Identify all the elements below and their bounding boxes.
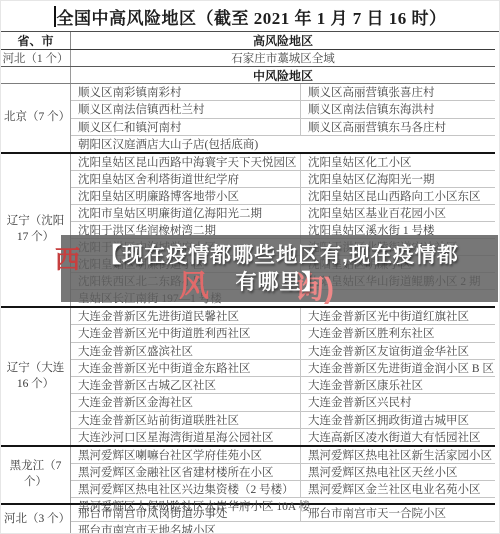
watermark-line1: 【现在疫情都哪些地区有,现在疫情都 xyxy=(100,242,459,269)
table-header-row: 省、市 高风险地区 xyxy=(1,32,495,50)
risk-area-cell: 黑河爱辉区金兰社区电业名苑小区 xyxy=(301,481,495,497)
risk-area-cell: 大连金普新区胜利东社区 xyxy=(301,325,495,341)
risk-area-cell: 沈阳皇姑区昆山西路中海寰宇天下天悦园区 xyxy=(71,154,301,170)
table-row: 大连金普新区古城乙区社区大连金普新区康乐社区 xyxy=(71,377,495,394)
risk-area-cell: 沈阳皇姑区昆山西路向工小区东区 xyxy=(301,188,495,204)
province-label: 黑龙江（7 个） xyxy=(1,447,71,503)
risk-area-cell: 大连金普新区盛滨社区 xyxy=(71,343,301,359)
province-label: 河北（1 个） xyxy=(1,50,71,66)
risk-area-cell: 沈阳市皇姑区明廉街道亿海阳光二期 xyxy=(71,205,301,221)
risk-area-cell: 邢台市南宫市凤岗街道办事处 xyxy=(71,505,301,521)
risk-area-cell: 黑河爱辉区热电社区天丝小区 xyxy=(301,464,495,480)
province-section: 北京（7 个） 顺义区南彩镇南彩村顺义区高丽营镇张喜庄村顺义区南法信镇西杜兰村顺… xyxy=(1,84,495,152)
risk-area-cell: 大连金普新区光中街道金东路社区 xyxy=(71,360,301,376)
risk-area-cell: 顺义区南法信镇西杜兰村 xyxy=(71,101,301,117)
risk-area-cell: 大连金普新区先进街道民馨社区 xyxy=(71,308,301,324)
risk-area-cell: 黑河爱辉区热电社区新生活家园小区 xyxy=(301,447,495,463)
risk-area-cell: 大连金普新区友谊街道金华社区 xyxy=(301,343,495,359)
province-section: 黑龙江（7 个） 黑河爱辉区喇嘛台社区学府佳苑小区黑河爱辉区热电社区新生活家园小… xyxy=(1,445,495,503)
risk-area-cell: 沈阳皇姑区明廉路博客地带小区 xyxy=(71,188,301,204)
risk-area-cell: 大连金普新区站前街道联胜社区 xyxy=(71,412,301,428)
high-risk-header: 高风险地区 xyxy=(71,32,495,49)
risk-area-cell: 大连高新区凌水街道大有恬园社区 xyxy=(301,429,495,445)
sections: 北京（7 个） 顺义区南彩镇南彩村顺义区高丽营镇张喜庄村顺义区南法信镇西杜兰村顺… xyxy=(1,84,495,534)
table-row: 沈阳皇姑区舍利塔街道世纪学府沈阳皇姑区亿海阳光一期 xyxy=(71,171,495,188)
risk-area-cell: 顺义区南法信镇东海洪村 xyxy=(301,101,495,117)
table-row: 大连金普新区金海社区大连金普新区兴民村 xyxy=(71,394,495,411)
risk-area-cell: 朝阳区汉庭酒店大山子店(包括底商) xyxy=(71,136,495,152)
risk-area-cell: 大连金普新区先进街道金润小区 B 区 xyxy=(301,360,495,376)
table-row: 大连金普新区盛滨社区大连金普新区友谊街道金华社区 xyxy=(71,343,495,360)
section-rows: 黑河爱辉区喇嘛台社区学府佳苑小区黑河爱辉区热电社区新生活家园小区黑河爱辉区金融社… xyxy=(71,447,495,503)
text-cursor-bar xyxy=(54,6,56,27)
table-row: 大连沙河口区星海湾街道星海公园社区大连高新区凌水街道大有恬园社区 xyxy=(71,429,495,445)
section-rows: 顺义区南彩镇南彩村顺义区高丽营镇张喜庄村顺义区南法信镇西杜兰村顺义区南法信镇东海… xyxy=(71,84,495,152)
watermark-text: 【现在疫情都哪些地区有,现在疫情都 有哪里】 xyxy=(61,235,498,302)
province-section: 河北（3 个） 邢台市南宫市凤岗街道办事处邢台市南宫市天一合院小区邢台市南宫市天… xyxy=(1,503,495,534)
table-row: 大连金普新区光中街道胜利西社区大连金普新区胜利东社区 xyxy=(71,325,495,342)
table-row: 邢台市南宫市天地名城小区 xyxy=(71,522,495,534)
table-row: 顺义区南彩镇南彩村顺义区高丽营镇张喜庄村 xyxy=(71,84,495,101)
risk-area-cell: 沈阳皇姑区舍利塔街道世纪学府 xyxy=(71,171,301,187)
section-rows: 邢台市南宫市凤岗街道办事处邢台市南宫市天一合院小区邢台市南宫市天地名城小区 xyxy=(71,505,495,534)
table-row: 沈阳市皇姑区明廉街道亿海阳光二期沈阳皇姑区基业百花园小区 xyxy=(71,205,495,222)
table-row: 黑河爱辉区喇嘛台社区学府佳苑小区黑河爱辉区热电社区新生活家园小区 xyxy=(71,447,495,464)
table-row: 顺义区仁和镇河南村顺义区高丽营镇东马各庄村 xyxy=(71,119,495,136)
risk-area-page: 全国中高风险地区（截至 2021 年 1 月 7 日 16 时） 省、市 高风险… xyxy=(0,0,500,534)
risk-area-cell: 黑河爱辉区金融社区省建材楼所在小区 xyxy=(71,464,301,480)
table-row: 大连金普新区站前街道联胜社区大连金普新区拥政街道古城甲区 xyxy=(71,412,495,429)
risk-area-cell: 顺义区南彩镇南彩村 xyxy=(71,84,301,100)
risk-area-cell: 大连金普新区兴民村 xyxy=(301,394,495,410)
province-section: 辽宁（大连 16 个） 大连金普新区先进街道民馨社区大连金普新区光中街道红旗社区… xyxy=(1,306,495,445)
table-row: 黑河爱辉区热电社区兴边集资楼（2 号楼）黑河爱辉区金兰社区电业名苑小区 xyxy=(71,481,495,498)
risk-area-cell: 石家庄市藁城区全域 xyxy=(71,50,495,66)
province-column-header: 省、市 xyxy=(1,32,71,49)
risk-area-cell: 黑河爱辉区热电社区兴边集资楼（2 号楼） xyxy=(71,481,301,497)
high-risk-row: 河北（1 个） 石家庄市藁城区全域 xyxy=(1,50,495,67)
risk-area-cell: 顺义区高丽营镇东马各庄村 xyxy=(301,119,495,135)
watermark-overlay: 西 风 询) 【现在疫情都哪些地区有,现在疫情都 有哪里】 xyxy=(61,235,498,302)
table-row: 大连金普新区光中街道金东路社区大连金普新区先进街道金润小区 B 区 xyxy=(71,360,495,377)
table-row: 邢台市南宫市凤岗街道办事处邢台市南宫市天一合院小区 xyxy=(71,505,495,522)
page-title: 全国中高风险地区（截至 2021 年 1 月 7 日 16 时） xyxy=(57,4,447,29)
province-label: 辽宁（大连 16 个） xyxy=(1,308,71,445)
province-label: 北京（7 个） xyxy=(1,84,71,152)
risk-area-cell: 大连金普新区拥政街道古城甲区 xyxy=(301,412,495,428)
table-row: 沈阳皇姑区明廉路博客地带小区沈阳皇姑区昆山西路向工小区东区 xyxy=(71,188,495,205)
risk-area-cell: 黑河爱辉区喇嘛台社区学府佳苑小区 xyxy=(71,447,301,463)
risk-area-cell: 大连金普新区康乐社区 xyxy=(301,377,495,393)
risk-area-cell: 大连沙河口区星海湾街道星海公园社区 xyxy=(71,429,301,445)
table-row: 大连金普新区先进街道民馨社区大连金普新区光中街道红旗社区 xyxy=(71,308,495,325)
risk-area-cell: 大连金普新区光中街道红旗社区 xyxy=(301,308,495,324)
risk-area-cell: 沈阳皇姑区基业百花园小区 xyxy=(301,205,495,221)
watermark-line2: 有哪里】 xyxy=(236,269,324,296)
risk-area-cell: 邢台市南宫市天一合院小区 xyxy=(301,505,495,521)
section-rows: 大连金普新区先进街道民馨社区大连金普新区光中街道红旗社区大连金普新区光中街道胜利… xyxy=(71,308,495,445)
table-row: 朝阳区汉庭酒店大山子店(包括底商) xyxy=(71,136,495,152)
risk-area-cell: 顺义区仁和镇河南村 xyxy=(71,119,301,135)
mid-risk-header-row: 中风险地区 xyxy=(1,67,495,84)
province-label: 河北（3 个） xyxy=(1,505,71,534)
table-row: 黑河爱辉区金融社区省建材楼所在小区黑河爱辉区热电社区天丝小区 xyxy=(71,464,495,481)
risk-area-cell: 沈阳皇姑区亿海阳光一期 xyxy=(301,171,495,187)
risk-area-cell: 沈阳皇姑区化工小区 xyxy=(301,154,495,170)
risk-area-cell: 大连金普新区光中街道胜利西社区 xyxy=(71,325,301,341)
page-title-row: 全国中高风险地区（截至 2021 年 1 月 7 日 16 时） xyxy=(1,1,499,32)
risk-area-cell: 邢台市南宫市天地名城小区 xyxy=(71,522,495,534)
empty-cell xyxy=(1,67,71,83)
risk-area-cell: 顺义区高丽营镇张喜庄村 xyxy=(301,84,495,100)
risk-area-cell: 大连金普新区古城乙区社区 xyxy=(71,377,301,393)
mid-risk-header: 中风险地区 xyxy=(71,67,495,83)
risk-area-cell: 大连金普新区金海社区 xyxy=(71,394,301,410)
table-row: 沈阳皇姑区昆山西路中海寰宇天下天悦园区沈阳皇姑区化工小区 xyxy=(71,154,495,171)
table-row: 顺义区南法信镇西杜兰村顺义区南法信镇东海洪村 xyxy=(71,101,495,118)
